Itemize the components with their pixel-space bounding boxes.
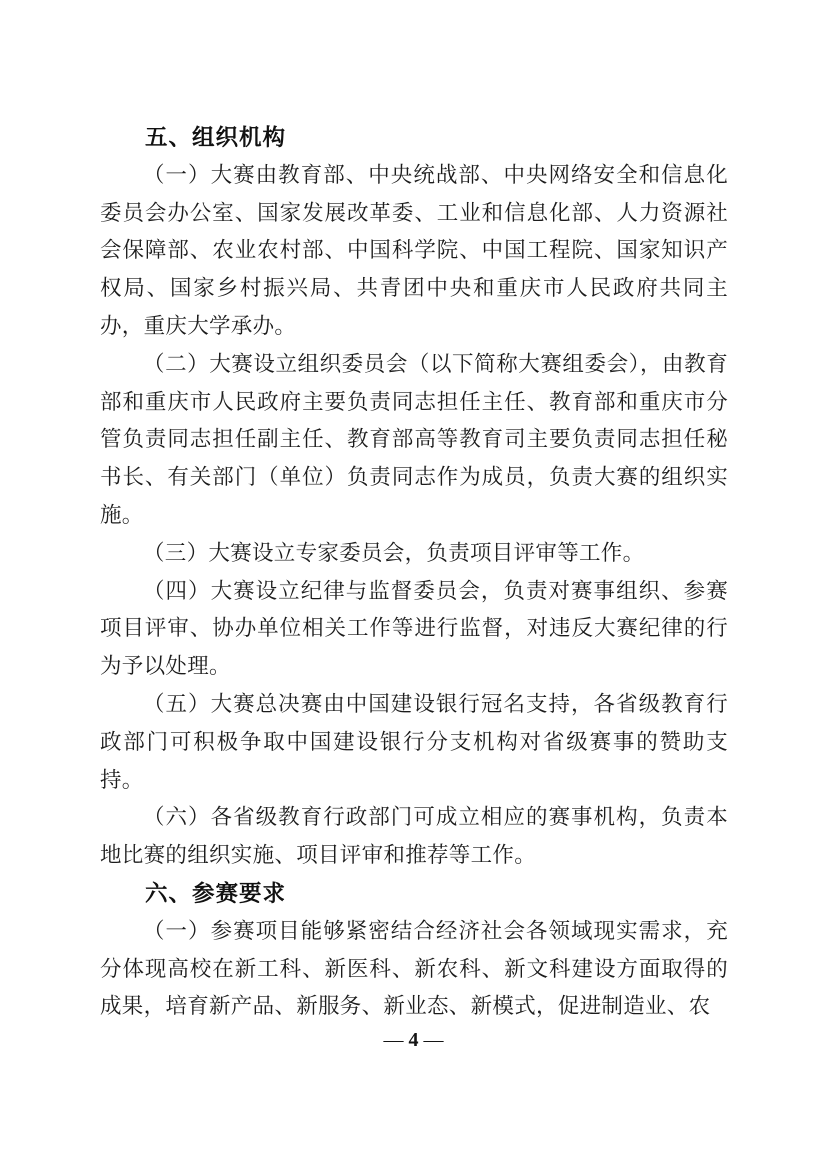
section-heading-organization: 五、组织机构 — [100, 119, 728, 157]
page-number: —4— — [0, 1026, 827, 1054]
page-number-value: 4 — [409, 1029, 419, 1051]
page-number-dash-right: — — [419, 1029, 449, 1051]
paragraph-organizing-committee: （二）大赛设立组织委员会（以下简称大赛组委会），由教育部和重庆市人民政府主要负责… — [100, 346, 728, 535]
paragraph-entry-requirement-1: （一）参赛项目能够紧密结合经济社会各领域现实需求，充分体现高校在新工科、新医科、… — [100, 913, 728, 1026]
section-heading-entry-requirements: 六、参赛要求 — [100, 875, 728, 913]
document-body: 五、组织机构 （一）大赛由教育部、中央统战部、中央网络安全和信息化委员会办公室、… — [100, 119, 728, 1026]
paragraph-expert-committee: （三）大赛设立专家委员会，负责项目评审等工作。 — [100, 535, 728, 573]
paragraph-discipline-committee: （四）大赛设立纪律与监督委员会，负责对赛事组织、参赛项目评审、协办单位相关工作等… — [100, 573, 728, 686]
document-page: 五、组织机构 （一）大赛由教育部、中央统战部、中央网络安全和信息化委员会办公室、… — [0, 0, 827, 1170]
paragraph-organizers: （一）大赛由教育部、中央统战部、中央网络安全和信息化委员会办公室、国家发展改革委… — [100, 157, 728, 346]
page-number-dash-left: — — [379, 1029, 409, 1051]
paragraph-sponsor-support: （五）大赛总决赛由中国建设银行冠名支持，各省级教育行政部门可积极争取中国建设银行… — [100, 686, 728, 799]
paragraph-provincial-bodies: （六）各省级教育行政部门可成立相应的赛事机构，负责本地比赛的组织实施、项目评审和… — [100, 799, 728, 875]
